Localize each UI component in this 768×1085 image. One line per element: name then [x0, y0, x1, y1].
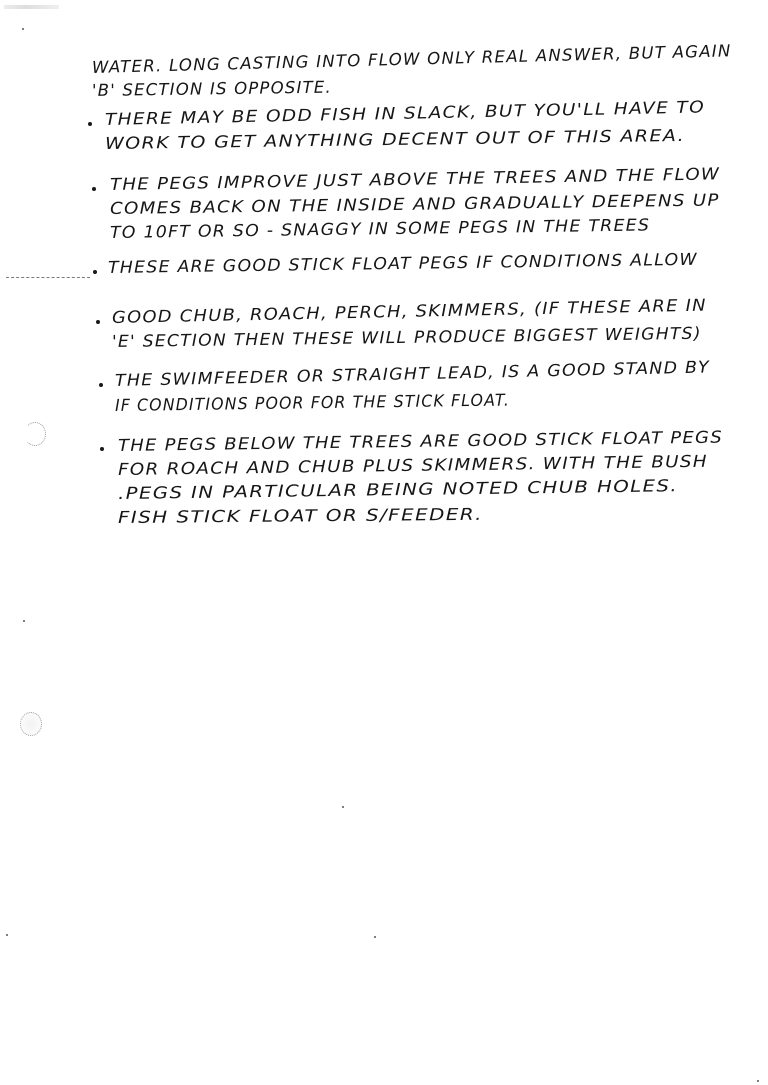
- handwritten-line: IF CONDITIONS POOR FOR THE STICK FLOAT.: [115, 390, 510, 415]
- handwritten-line: THERE MAY BE ODD FISH IN SLACK, BUT YOU'…: [105, 97, 705, 129]
- scan-speck: [342, 806, 344, 808]
- bullet-icon: [88, 122, 92, 126]
- scan-speck: [757, 1080, 759, 1082]
- handwritten-line: WORK TO GET ANYTHING DECENT OUT OF THIS …: [105, 126, 685, 153]
- handwritten-line: 'B' SECTION IS OPPOSITE.: [92, 78, 332, 100]
- bullet-icon: [99, 383, 103, 387]
- scan-speck: [374, 936, 376, 938]
- bullet-icon: [96, 320, 100, 324]
- handwritten-line: .PEGS IN PARTICULAR BEING NOTED CHUB HOL…: [118, 476, 678, 503]
- handwritten-line: GOOD CHUB, ROACH, PERCH, SKIMMERS, (IF T…: [112, 296, 707, 327]
- punch-hole-mark: [20, 712, 42, 736]
- handwritten-line: FOR ROACH AND CHUB PLUS SKIMMERS. WITH T…: [118, 452, 708, 479]
- handwritten-line: TO 10FT OR SO - SNAGGY IN SOME PEGS IN T…: [110, 215, 650, 242]
- scanned-page: WATER. LONG CASTING INTO FLOW ONLY REAL …: [0, 0, 768, 1085]
- scan-speck: [23, 620, 25, 622]
- handwritten-line: COMES BACK ON THE INSIDE AND GRADUALLY D…: [110, 190, 720, 218]
- handwritten-line: 'E' SECTION THEN THESE WILL PRODUCE BIGG…: [112, 324, 702, 351]
- handwritten-line: THE PEGS BELOW THE TREES ARE GOOD STICK …: [118, 428, 723, 455]
- scan-speck: [6, 934, 8, 936]
- scan-artifact-line: [6, 277, 90, 278]
- scan-artifact-top-left: [4, 5, 59, 9]
- handwritten-line: WATER. LONG CASTING INTO FLOW ONLY REAL …: [92, 41, 732, 77]
- bullet-icon: [92, 187, 96, 191]
- scan-speck: [22, 28, 24, 30]
- handwritten-line: FISH STICK FLOAT OR S/FEEDER.: [118, 505, 483, 527]
- bullet-icon: [100, 447, 104, 451]
- punch-hole-mark: [24, 422, 46, 446]
- handwritten-line: THE SWIMFEEDER OR STRAIGHT LEAD, IS A GO…: [115, 358, 710, 390]
- handwritten-line: THESE ARE GOOD STICK FLOAT PEGS IF CONDI…: [108, 250, 698, 277]
- handwritten-line: THE PEGS IMPROVE JUST ABOVE THE TREES AN…: [110, 164, 720, 194]
- bullet-icon: [93, 270, 97, 274]
